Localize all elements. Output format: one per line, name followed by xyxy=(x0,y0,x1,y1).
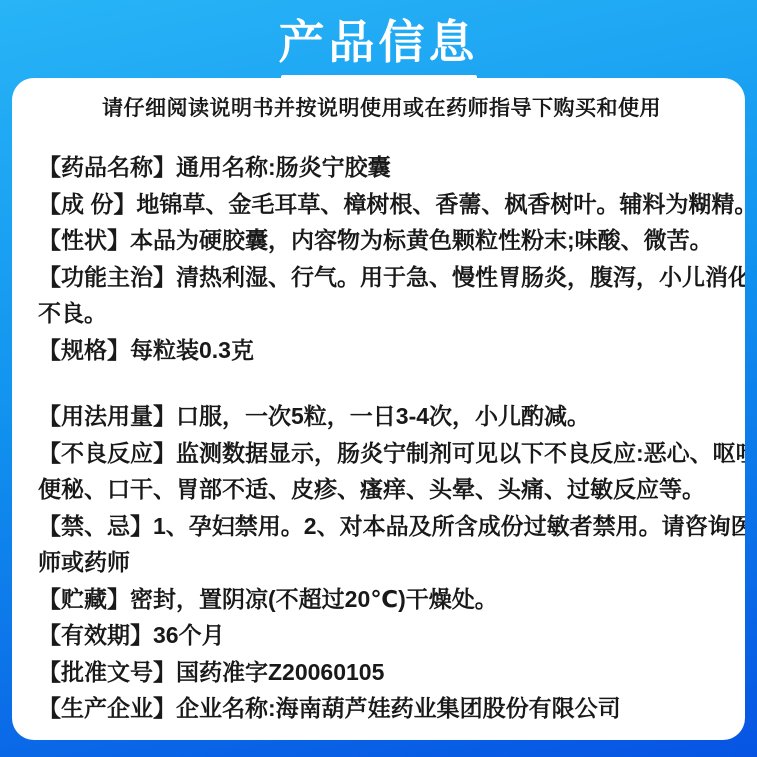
line-drug-name: 【药品名称】通用名称:肠炎宁胶囊 xyxy=(38,149,725,186)
line-dosage: 【用法用量】口服，一次5粒，一日3-4次，小儿酌减。 xyxy=(38,398,725,435)
line-adverse-reactions-cont: 便秘、口干、胃部不适、皮疹、瘙痒、头晕、头痛、过敏反应等。 xyxy=(38,471,725,508)
line-indications: 【功能主治】清热利湿、行气。用于急、慢性胃肠炎，腹泻，小儿消化 xyxy=(38,259,725,296)
line-indications-cont: 不良。 xyxy=(38,295,725,332)
product-info-page: { "header": { "title": "产品信息" }, "notice… xyxy=(0,0,757,757)
line-ingredients: 【成 份】地锦草、金毛耳草、樟树根、香薷、枫香树叶。辅料为糊精。 xyxy=(38,186,725,223)
line-validity-period: 【有效期】36个月 xyxy=(38,617,725,654)
page-title: 产品信息 xyxy=(0,6,757,72)
product-info-lines: 【药品名称】通用名称:肠炎宁胶囊 【成 份】地锦草、金毛耳草、樟树根、香薷、枫香… xyxy=(38,149,725,727)
line-contraindications: 【禁、忌】1、孕妇禁用。2、对本品及所含成份过敏者禁用。请咨询医 xyxy=(38,508,725,545)
line-manufacturer: 【生产企业】企业名称:海南葫芦娃药业集团股份有限公司 xyxy=(38,690,725,727)
line-properties: 【性状】本品为硬胶囊，内容物为标黄色颗粒性粉末;味酸、微苦。 xyxy=(38,222,725,259)
line-contraindications-cont: 师或药师 xyxy=(38,544,725,581)
line-adverse-reactions: 【不良反应】监测数据显示，肠炎宁制剂可见以下不良反应:恶心、呕吐 xyxy=(38,435,725,472)
usage-notice: 请仔细阅读说明书并按说明使用或在药师指导下购买和使用 xyxy=(38,92,725,122)
line-specification: 【规格】每粒装0.3克 xyxy=(38,332,725,369)
line-storage: 【贮藏】密封，置阴凉(不超过20℃)干燥处。 xyxy=(38,581,725,618)
product-info-card: 请仔细阅读说明书并按说明使用或在药师指导下购买和使用 【药品名称】通用名称:肠炎… xyxy=(12,78,745,740)
line-approval-number: 【批准文号】国药准字Z20060105 xyxy=(38,654,725,691)
